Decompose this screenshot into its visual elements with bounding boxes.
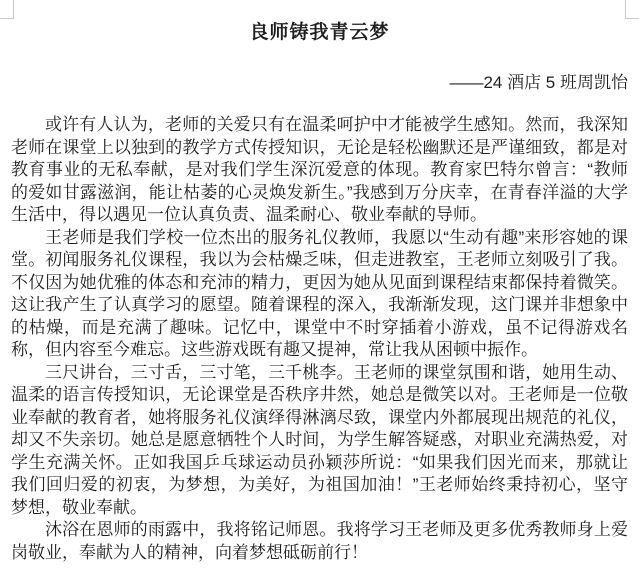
essay-paragraph: 王老师是我们学校一位杰出的服务礼仪教师，我愿以“生动有趣”来形容她的课堂。初闻服… — [11, 227, 628, 362]
essay-paragraph: 三尺讲台，三寸舌，三寸笔，三千桃李。王老师的课堂氛围和谐，她用生动、温柔的语言传… — [11, 362, 628, 520]
page-corner-mark-top-left — [0, 0, 14, 19]
essay-byline: ——24 酒店 5 班周凯怡 — [0, 71, 639, 94]
essay-paragraph: 沐浴在恩师的雨露中，我将铭记师恩。我将学习王老师及更多优秀教师身上爱岗敬业，奉献… — [11, 519, 628, 564]
document-page: 良师铸我青云梦 ——24 酒店 5 班周凯怡 或许有人认为，老师的关爱只有在温柔… — [0, 0, 639, 579]
page-corner-mark-top-right — [625, 0, 639, 19]
essay-title: 良师铸我青云梦 — [0, 0, 639, 44]
essay-body: 或许有人认为，老师的关爱只有在温柔呵护中才能被学生感知。然而，我深知老师在课堂上… — [0, 114, 639, 564]
essay-paragraph: 或许有人认为，老师的关爱只有在温柔呵护中才能被学生感知。然而，我深知老师在课堂上… — [11, 114, 628, 227]
